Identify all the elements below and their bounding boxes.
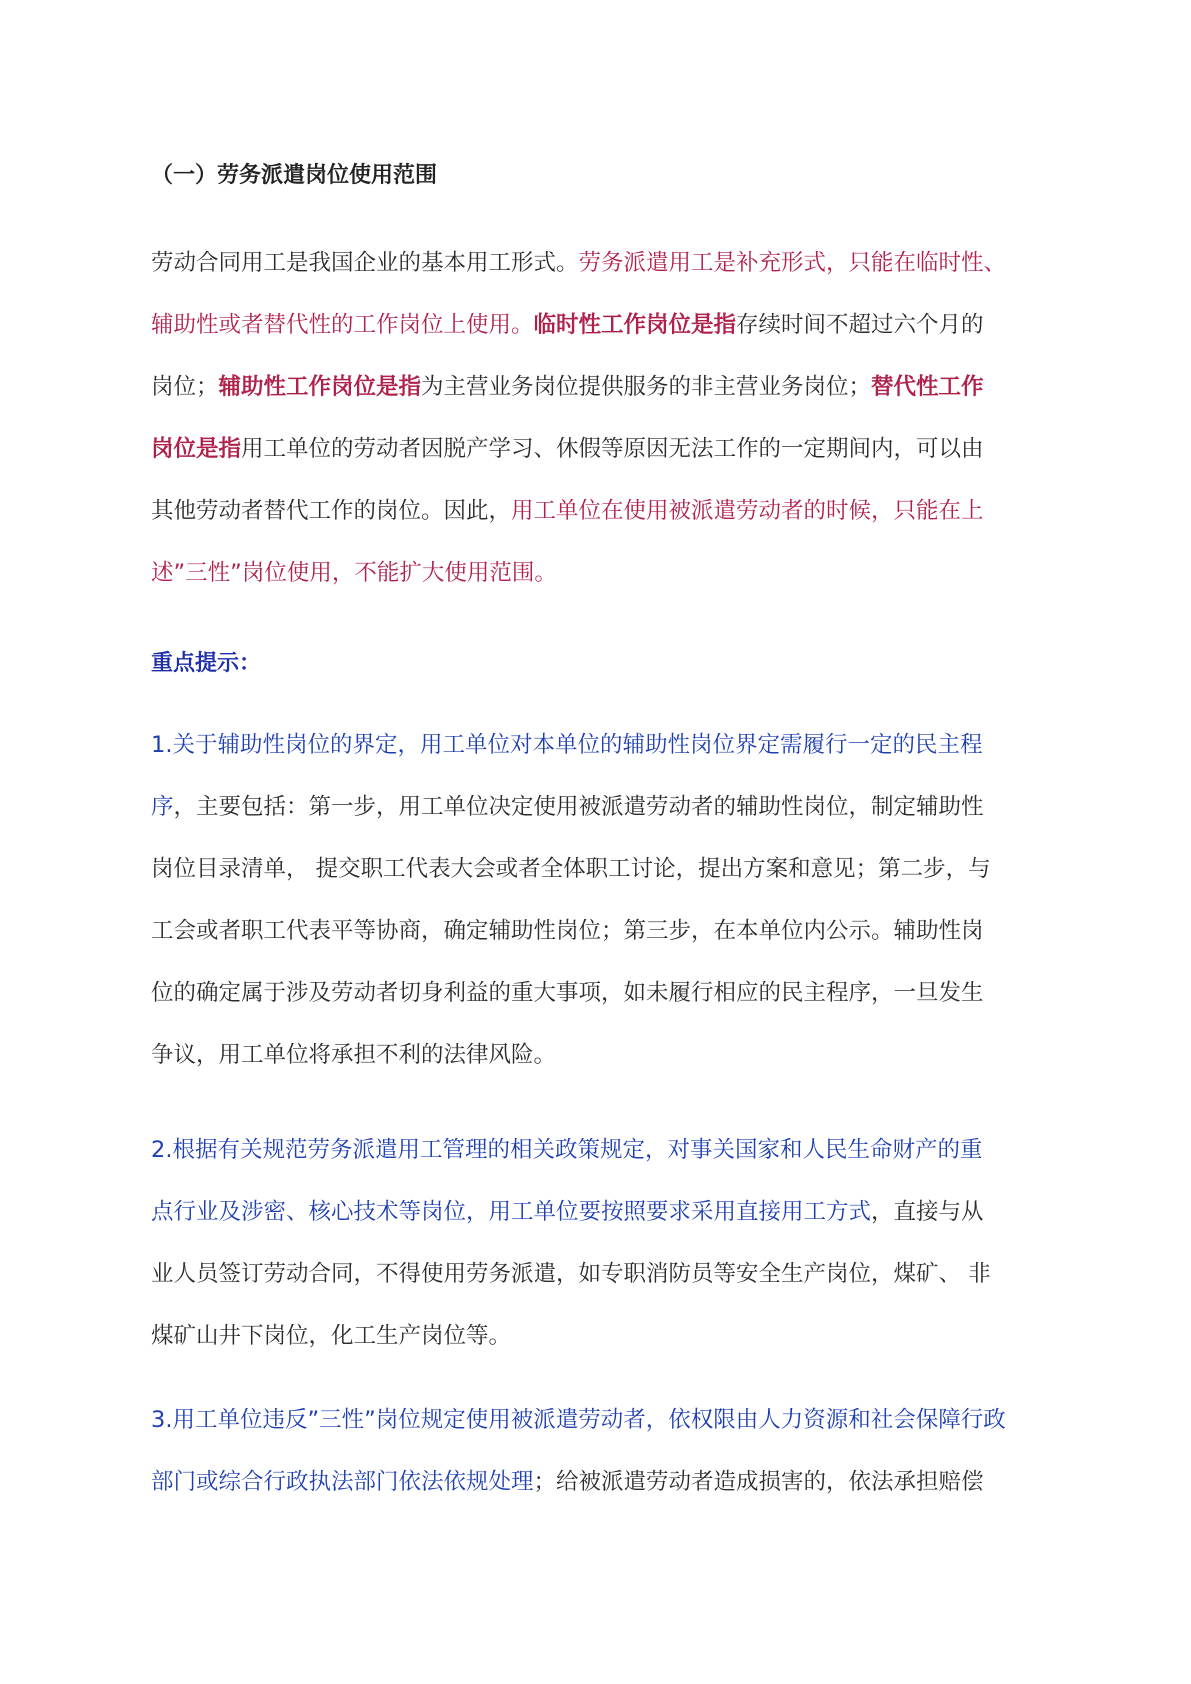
tips-title: 重点提示： [151, 646, 261, 677]
text-line: 序，主要包括：第一步，用工单位决定使用被派遣劳动者的辅助性岗位，制定辅助性 [151, 776, 1041, 838]
emphasis-run: 序 [151, 794, 174, 820]
text-line: 工会或者职工代表平等协商，确定辅助性岗位；第三步，在本单位内公示。辅助性岗 [151, 900, 1041, 962]
text-run: ，主要包括：第一步，用工单位决定使用被派遣劳动者的辅助性岗位，制定辅助性 [174, 794, 984, 820]
text-line: 点行业及涉密、核心技术等岗位，用工单位要按照要求采用直接用工方式，直接与从 [151, 1181, 1041, 1243]
text-run: 存续时间不超过六个月的 [736, 312, 984, 338]
text-run: 争议，用工单位将承担不利的法律风险。 [151, 1042, 556, 1068]
emphasis-run: 岗位是指 [151, 436, 241, 462]
text-line: 1.关于辅助性岗位的界定，用工单位对本单位的辅助性岗位界定需履行一定的民主程 [151, 714, 1041, 776]
text-run: 劳动合同用工是我国企业的基本用工形式。 [151, 250, 579, 276]
emphasis-run: 2.根据有关规范劳务派遣用工管理的相关政策规定，对事关国家和人民生命财产的重 [151, 1137, 982, 1163]
text-line: 其他劳动者替代工作的岗位。因此，用工单位在使用被派遣劳动者的时候，只能在上 [151, 480, 1041, 542]
section-heading: （一）劳务派遣岗位使用范围 [151, 158, 437, 189]
text-line: 岗位目录清单， 提交职工代表大会或者全体职工讨论，提出方案和意见；第二步，与 [151, 838, 1041, 900]
emphasis-run: 用工单位在使用被派遣劳动者的时候，只能在上 [511, 498, 984, 524]
emphasis-run: 替代性工作 [871, 374, 984, 400]
emphasis-run: 辅助性工作岗位是指 [219, 374, 422, 400]
emphasis-run: 3.用工单位违反”三性”岗位规定使用被派遣劳动者，依权限由人力资源和社会保障行政 [151, 1407, 1006, 1433]
text-run: 用工单位的劳动者因脱产学习、休假等原因无法工作的一定期间内，可以由 [241, 436, 984, 462]
text-run: 为主营业务岗位提供服务的非主营业务岗位； [421, 374, 871, 400]
intro-paragraph: 劳动合同用工是我国企业的基本用工形式。劳务派遣用工是补充形式，只能在临时性、辅助… [151, 232, 1041, 604]
emphasis-run: 临时性工作岗位是指 [534, 312, 737, 338]
emphasis-run: 1.关于辅助性岗位的界定，用工单位对本单位的辅助性岗位界定需履行一定的民主程 [151, 732, 982, 758]
text-run: 工会或者职工代表平等协商，确定辅助性岗位；第三步，在本单位内公示。辅助性岗 [151, 918, 984, 944]
emphasis-run: 辅助性或者替代性的工作岗位上使用。 [151, 312, 534, 338]
text-line: 争议，用工单位将承担不利的法律风险。 [151, 1024, 1041, 1086]
text-run: 业人员签订劳动合同，不得使用劳务派遣，如专职消防员等安全生产岗位，煤矿、 非 [151, 1261, 991, 1287]
text-run: 其他劳动者替代工作的岗位。因此， [151, 498, 511, 524]
text-line: 3.用工单位违反”三性”岗位规定使用被派遣劳动者，依权限由人力资源和社会保障行政 [151, 1389, 1041, 1451]
text-line: 部门或综合行政执法部门依法依规处理；给被派遣劳动者造成损害的，依法承担赔偿 [151, 1451, 1041, 1513]
emphasis-run: 点行业及涉密、核心技术等岗位，用工单位要按照要求采用直接用工方式 [151, 1199, 871, 1225]
text-run: 位的确定属于涉及劳动者切身利益的重大事项，如未履行相应的民主程序，一旦发生 [151, 980, 984, 1006]
text-run: 岗位； [151, 374, 219, 400]
text-run: ；给被派遣劳动者造成损害的，依法承担赔偿 [534, 1469, 984, 1495]
text-line: 述”三性”岗位使用，不能扩大使用范围。 [151, 542, 1041, 604]
text-line: 岗位；辅助性工作岗位是指为主营业务岗位提供服务的非主营业务岗位；替代性工作 [151, 356, 1041, 418]
text-line: 2.根据有关规范劳务派遣用工管理的相关政策规定，对事关国家和人民生命财产的重 [151, 1119, 1041, 1181]
text-run: 煤矿山井下岗位，化工生产岗位等。 [151, 1323, 511, 1349]
text-line: 劳动合同用工是我国企业的基本用工形式。劳务派遣用工是补充形式，只能在临时性、 [151, 232, 1041, 294]
tip-item-3: 3.用工单位违反”三性”岗位规定使用被派遣劳动者，依权限由人力资源和社会保障行政… [151, 1389, 1041, 1513]
emphasis-run: 述”三性”岗位使用，不能扩大使用范围。 [151, 560, 557, 586]
tip-item-1: 1.关于辅助性岗位的界定，用工单位对本单位的辅助性岗位界定需履行一定的民主程序，… [151, 714, 1041, 1086]
text-run: 岗位目录清单， 提交职工代表大会或者全体职工讨论，提出方案和意见；第二步，与 [151, 856, 991, 882]
text-run: ，直接与从 [871, 1199, 984, 1225]
text-line: 辅助性或者替代性的工作岗位上使用。临时性工作岗位是指存续时间不超过六个月的 [151, 294, 1041, 356]
emphasis-run: 部门或综合行政执法部门依法依规处理 [151, 1469, 534, 1495]
text-line: 业人员签订劳动合同，不得使用劳务派遣，如专职消防员等安全生产岗位，煤矿、 非 [151, 1243, 1041, 1305]
tip-item-2: 2.根据有关规范劳务派遣用工管理的相关政策规定，对事关国家和人民生命财产的重点行… [151, 1119, 1041, 1367]
text-line: 位的确定属于涉及劳动者切身利益的重大事项，如未履行相应的民主程序，一旦发生 [151, 962, 1041, 1024]
text-line: 岗位是指用工单位的劳动者因脱产学习、休假等原因无法工作的一定期间内，可以由 [151, 418, 1041, 480]
text-line: 煤矿山井下岗位，化工生产岗位等。 [151, 1305, 1041, 1367]
emphasis-run: 劳务派遣用工是补充形式，只能在临时性、 [579, 250, 1007, 276]
